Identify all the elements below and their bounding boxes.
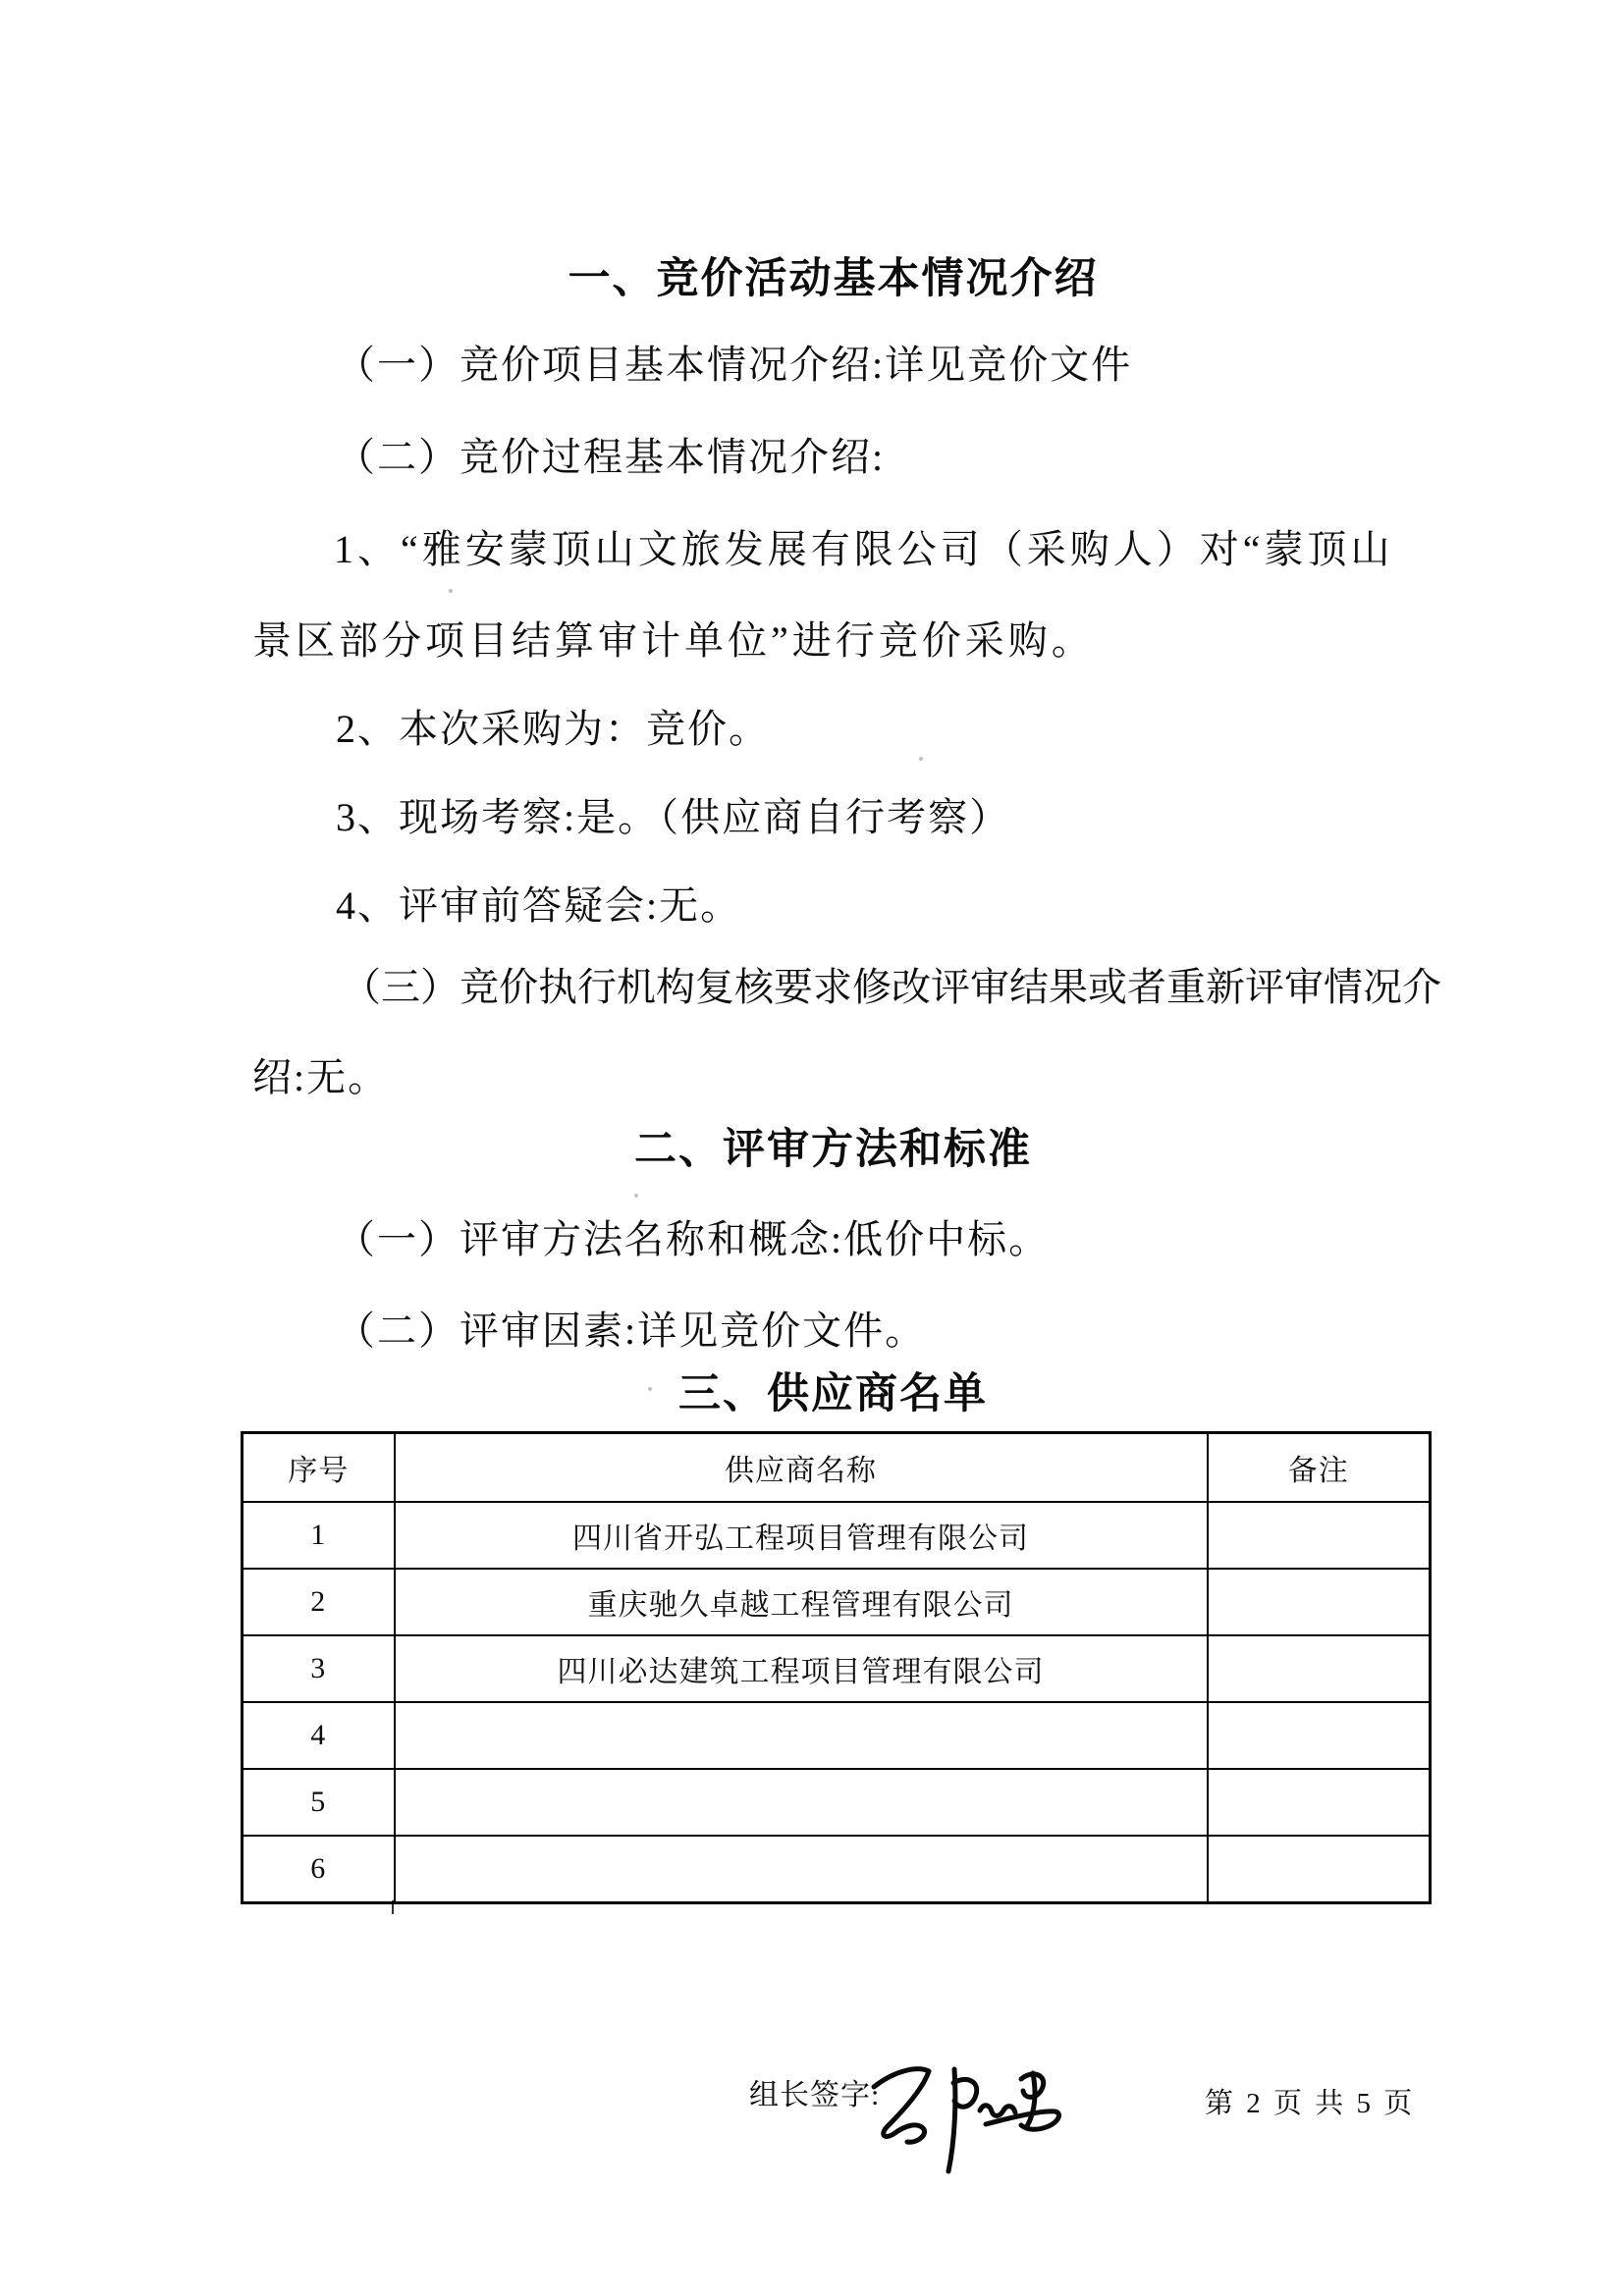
paragraph-procurement-type: 2、本次采购为：竞价。 xyxy=(336,710,770,749)
row-note xyxy=(1208,1702,1431,1769)
paragraph-site-visit: 3、现场考察:是。（供应商自行考察） xyxy=(336,798,1010,837)
paragraph-re-review-line2: 绍:无。 xyxy=(252,1058,389,1097)
paragraph-review-factors: （二）评审因素:详见竞价文件。 xyxy=(336,1311,926,1351)
table-row: 1 四川省开弘工程项目管理有限公司 xyxy=(243,1502,1431,1569)
column-header-no: 序号 xyxy=(243,1433,395,1503)
row-note xyxy=(1208,1502,1431,1569)
supplier-name xyxy=(395,1769,1208,1836)
paragraph-purchaser-line1: 1、“雅安蒙顶山文旅发展有限公司（采购人）对“蒙顶山 xyxy=(334,530,1394,569)
paragraph-re-review-line1: （三）竞价执行机构复核要求修改评审结果或者重新评审情况介 xyxy=(342,968,1441,1007)
scan-speck xyxy=(449,589,453,593)
table-row: 3 四川必达建筑工程项目管理有限公司 xyxy=(243,1635,1431,1702)
supplier-name: 四川省开弘工程项目管理有限公司 xyxy=(395,1502,1208,1569)
leader-signature-handwriting xyxy=(860,2056,1066,2183)
section3-heading: 三、供应商名单 xyxy=(22,1373,1623,1415)
supplier-name xyxy=(395,1702,1208,1769)
section1-heading: 一、竞价活动基本情况介绍 xyxy=(22,258,1623,300)
paragraph-purchaser-line2: 景区部分项目结算审计单位”进行竞价采购。 xyxy=(252,621,1095,661)
row-number: 6 xyxy=(243,1836,395,1903)
paragraph-pre-review-meeting: 4、评审前答疑会:无。 xyxy=(336,886,741,926)
scan-speck xyxy=(648,1387,652,1391)
row-note xyxy=(1208,1635,1431,1702)
supplier-name: 重庆驰久卓越工程管理有限公司 xyxy=(395,1569,1208,1635)
row-note xyxy=(1208,1836,1431,1903)
table-row: 5 xyxy=(243,1769,1431,1836)
supplier-name xyxy=(395,1836,1208,1903)
scan-line-artifact xyxy=(392,1900,394,1914)
row-number: 4 xyxy=(243,1702,395,1769)
table-row: 2 重庆驰久卓越工程管理有限公司 xyxy=(243,1569,1431,1635)
section2-heading: 二、评审方法和标准 xyxy=(22,1129,1623,1171)
paragraph-review-method: （一）评审方法名称和概念:低价中标。 xyxy=(336,1220,1050,1259)
row-number: 5 xyxy=(243,1769,395,1836)
supplier-table: 序号 供应商名称 备注 1 四川省开弘工程项目管理有限公司 2 重庆驰久卓越工程… xyxy=(241,1431,1432,1904)
column-header-note: 备注 xyxy=(1208,1433,1431,1503)
scan-speck xyxy=(634,1194,638,1198)
column-header-name: 供应商名称 xyxy=(395,1433,1208,1503)
row-number: 1 xyxy=(243,1502,395,1569)
table-header-row: 序号 供应商名称 备注 xyxy=(243,1433,1431,1503)
row-number: 2 xyxy=(243,1569,395,1635)
scanned-document-page: 一、竞价活动基本情况介绍 （一）竞价项目基本情况介绍:详见竞价文件 （二）竞价过… xyxy=(0,0,1623,2296)
row-number: 3 xyxy=(243,1635,395,1702)
table-row: 4 xyxy=(243,1702,1431,1769)
row-note xyxy=(1208,1769,1431,1836)
supplier-name: 四川必达建筑工程项目管理有限公司 xyxy=(395,1635,1208,1702)
table-row: 6 xyxy=(243,1836,1431,1903)
page-number: 第 2 页 共 5 页 xyxy=(1205,2090,1415,2118)
scan-speck xyxy=(919,757,923,761)
paragraph-project-intro: （一）竞价项目基本情况介绍:详见竞价文件 xyxy=(336,346,1132,385)
row-note xyxy=(1208,1569,1431,1635)
paragraph-process-intro: （二）竞价过程基本情况介绍: xyxy=(336,438,885,477)
